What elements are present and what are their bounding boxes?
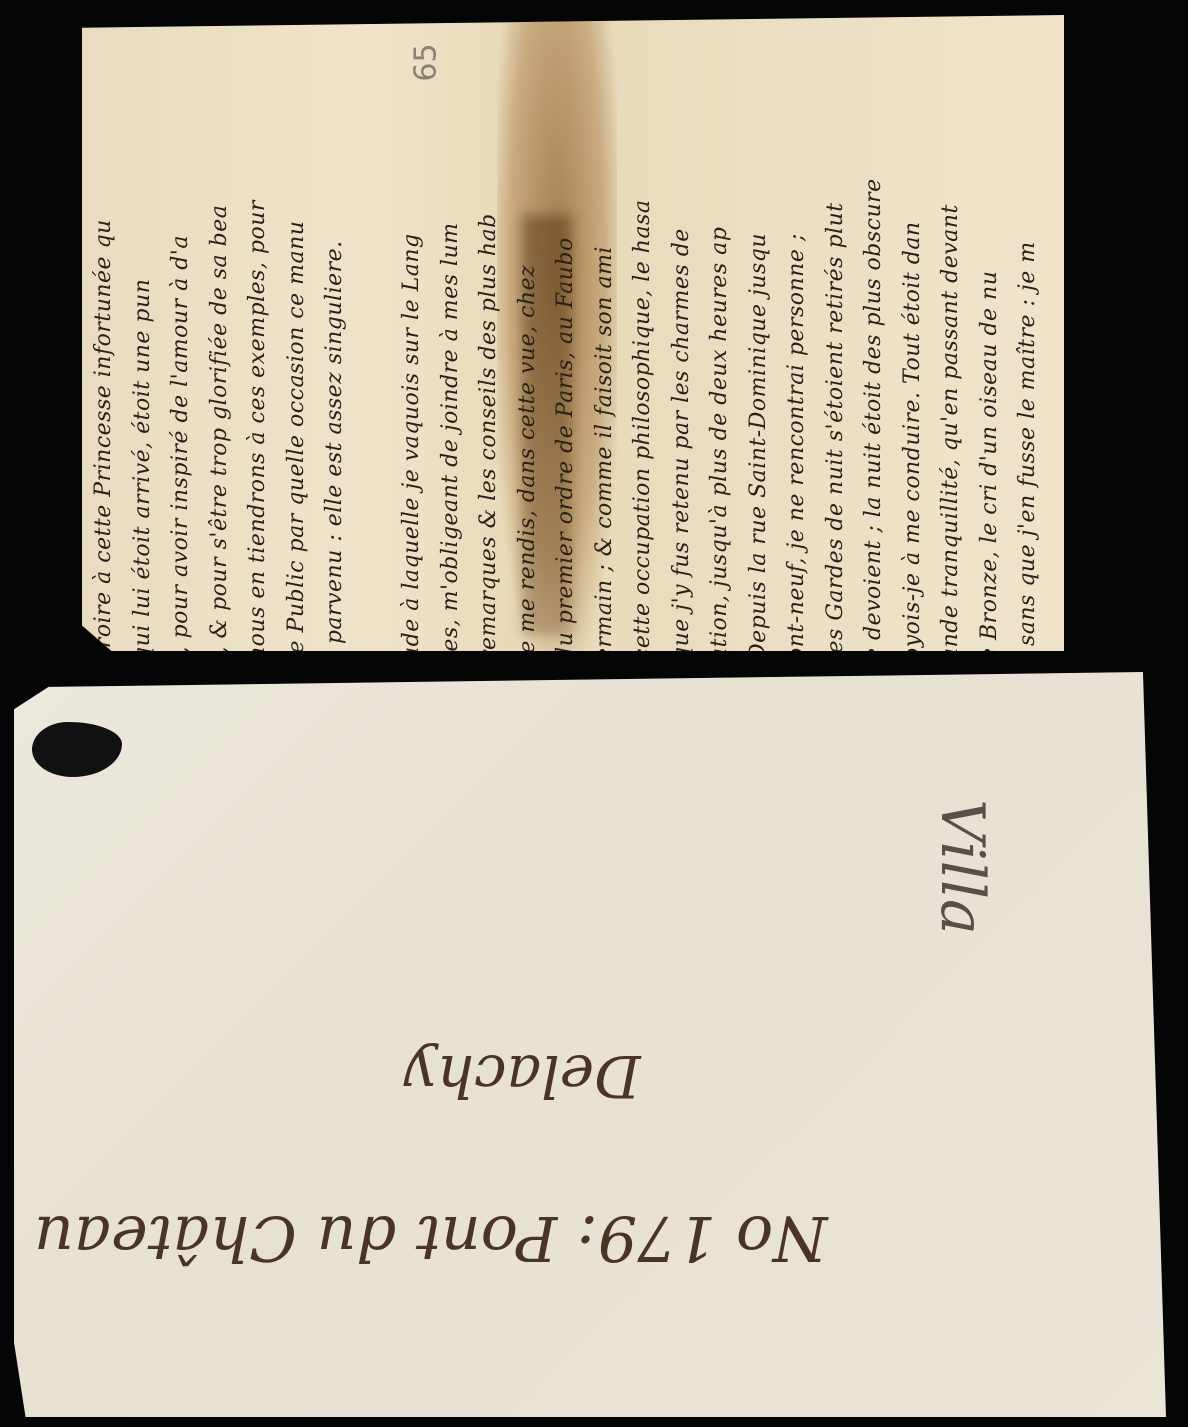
printed-line: ermain ; & comme il faisoit son ami [592,246,617,651]
printed-line: oyois-je à me conduire. Tout étoit dan [900,221,925,651]
paper-hole [32,722,122,777]
printed-line: du premier ordre de Paris, au Faubo [553,237,578,651]
inscription-signature: Delachy [404,1042,641,1110]
printed-line: ande tranquillité, qu'en passant devant [938,204,963,651]
printed-line: ation, jusqu'à plus de deux heures ap [707,227,732,651]
handwritten-fragment: No 179: Pont du Château Delachy Villa [14,672,1166,1417]
printed-line: l, pour avoir inspiré de l'amour à d'a [168,235,193,651]
inscription-number: No 179: Pont du Château [34,1202,827,1275]
pencil-mark: 65 [409,43,444,81]
printed-line: cette occupation philosophique, le hasa [630,200,655,651]
printed-line: i, & pour s'être trop glorifiée de sa be… [207,205,232,651]
printed-line: remarques & les conseils des plus hab [476,213,501,651]
printed-line: t parvenu : elle est assez singuliere. [322,240,347,651]
printed-line: qui lui étoit arrivé, étoit une pun [130,279,155,651]
printed-line: le Public par quelle occasion ce manu [284,221,309,651]
printed-line: ont-neuf, je ne rencontrai personne ; [784,233,809,651]
printed-line: e devoient ; la nuit étoit des plus obsc… [861,178,886,651]
printed-line: e Bronze, le cri d'un oiseau de nu [977,271,1002,651]
printed-line: les Gardes de nuit s'étoient retirés plu… [823,202,848,651]
printed-line: croire à cette Princesse infortunée qu [91,219,116,651]
printed-line: ude à laquelle je vaquois sur le Lang [399,233,424,651]
inscription-side: Villa [927,799,997,935]
printed-line: tes, m'obligeant de joindre à mes lum [438,223,463,652]
printed-line: que j'y fus retenu par les charmes de [669,228,694,651]
printed-line: je me rendis, dans cette vue, chez [515,265,540,651]
printed-line: nous en tiendrons à ces exemples, pour [245,200,270,651]
printed-fragment: croire à cette Princesse infortunée ququ… [82,15,1064,651]
printed-line: , sans que j'en fusse le maître : je m [1015,241,1040,651]
printed-line: Depuis la rue Saint-Dominique jusqu [746,233,771,651]
